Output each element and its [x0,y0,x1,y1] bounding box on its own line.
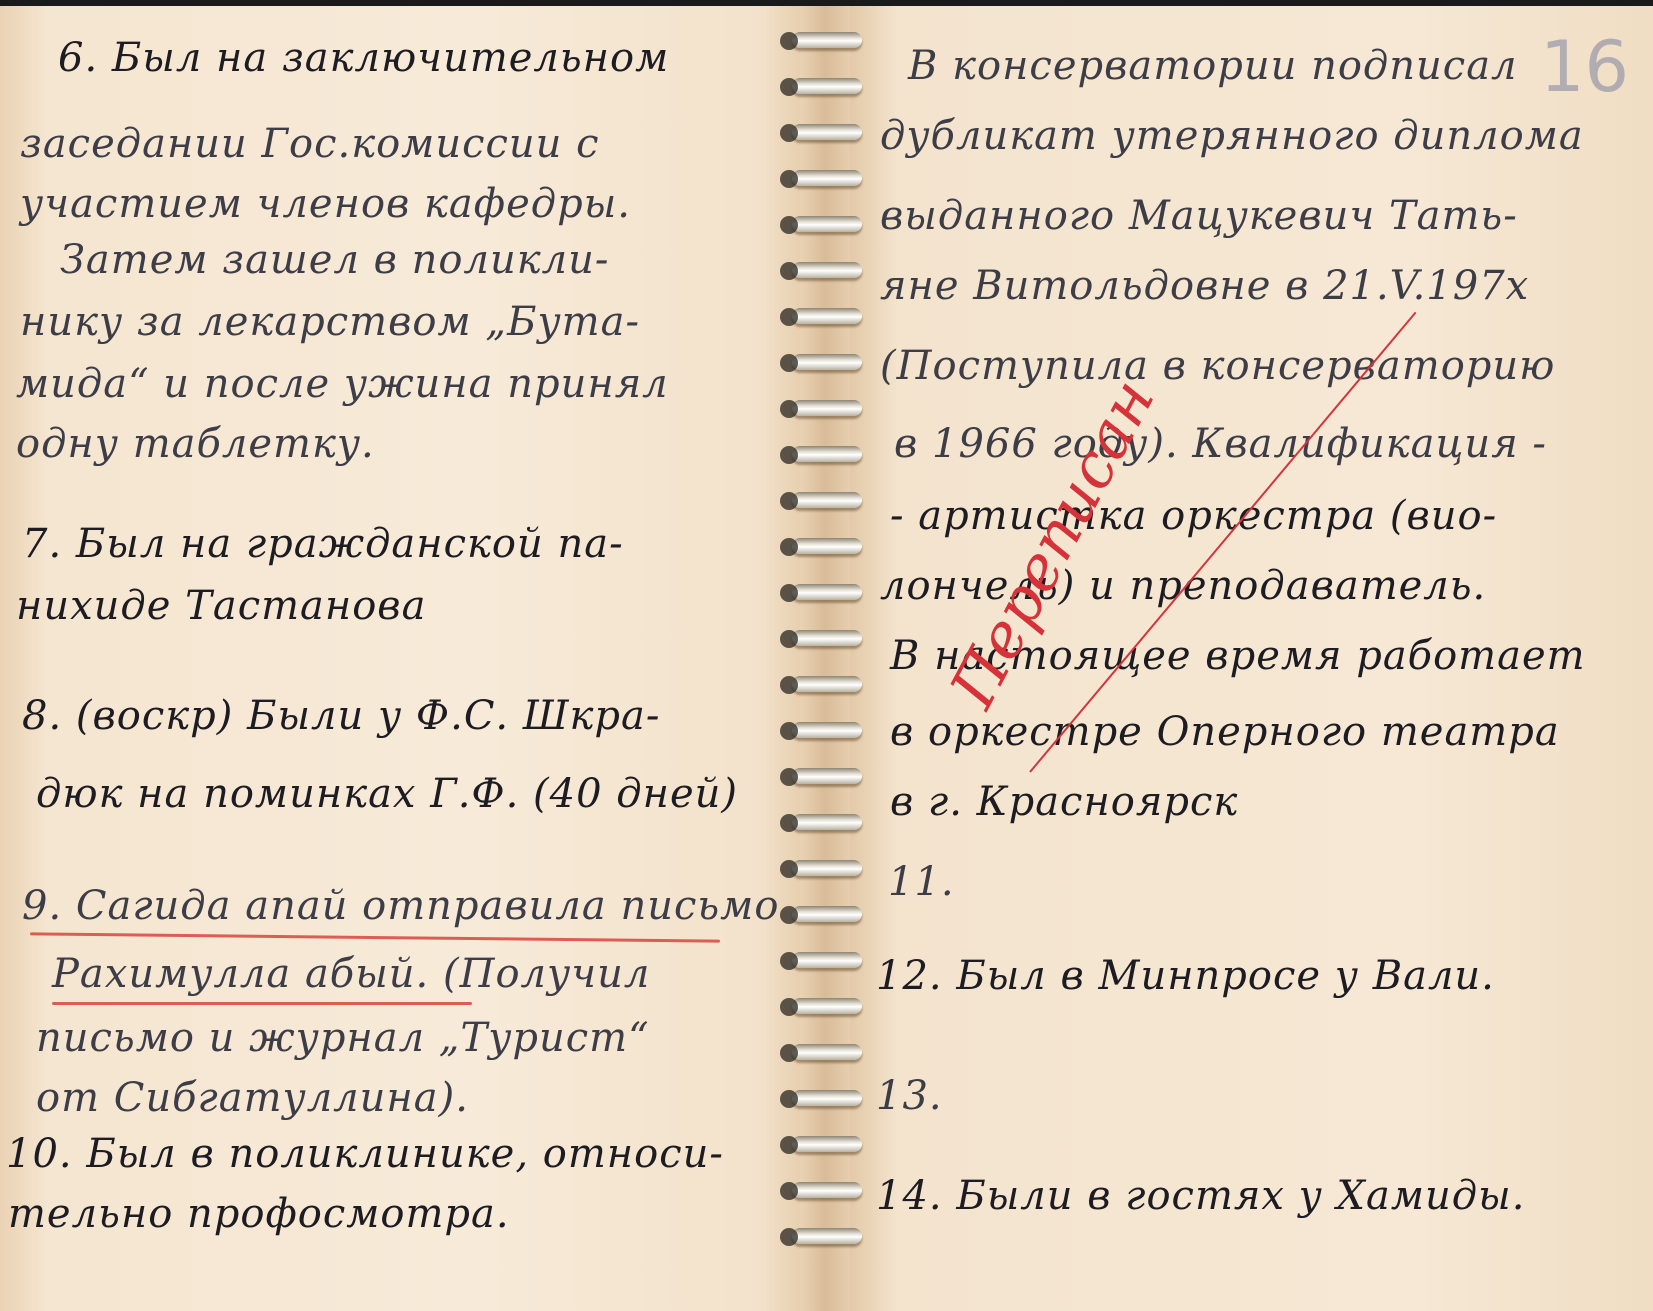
notebook-spread: 6. Был на заключительном заседании Гос.к… [0,6,1653,1311]
spiral-coil-icon [792,860,862,876]
right-line-1: В консерватории подписал [908,46,1518,86]
spiral-coil-icon [792,124,862,140]
red-underline-2 [52,1002,472,1005]
spiral-coil-icon [792,998,862,1014]
spiral-coil-icon [792,722,862,738]
spiral-gutter [800,6,850,1311]
spiral-coil-icon [792,630,862,646]
entry-6-line-7: одну таблетку. [16,424,375,464]
spiral-coil-icon [792,262,862,278]
spiral-coil-icon [792,32,862,48]
spiral-coil-icon [792,216,862,232]
right-line-3: выданного Мацукевич Тать- [880,196,1518,236]
entry-9-line-3: письмо и журнал „Турист“ [36,1018,650,1058]
spiral-coil-icon [792,492,862,508]
spiral-coil-icon [792,400,862,416]
right-page: 16 В консерватории подписал дубликат уте… [850,6,1653,1311]
entry-10-line-2: тельно профосмотра. [8,1194,510,1234]
entry-7-line-2: нихиде Тастанова [16,586,426,626]
spiral-coil-icon [792,308,862,324]
entry-11: 11. [888,862,955,902]
spiral-coil-icon [792,676,862,692]
spiral-coil-icon [792,170,862,186]
spiral-coil-icon [792,1044,862,1060]
entry-6-line-2: заседании Гос.комиссии с [20,124,600,164]
page-number: 16 [1540,26,1629,108]
right-line-6: в 1966 году). Квалификация - [894,424,1547,464]
spiral-coil-icon [792,78,862,94]
spiral-coil-icon [792,446,862,462]
red-underline-1 [30,932,720,942]
spiral-coil-icon [792,584,862,600]
spiral-coil-icon [792,768,862,784]
spiral-coil-icon [792,1228,862,1244]
spiral-coil-icon [792,906,862,922]
entry-13: 13. [876,1076,943,1116]
right-line-5: (Поступила в консерваторию [880,346,1555,386]
entry-14: 14. Были в гостях у Хамиды. [876,1176,1525,1216]
entry-9-line-2: Рахимулла абый. (Получил [52,954,650,994]
entry-8-line-2: дюк на поминках Г.Ф. (40 дней) [36,774,738,814]
entry-10-line-1: 10. Был в поликлинике, относи- [6,1134,724,1174]
spiral-coil-icon [792,952,862,968]
entry-6-line-4: Затем зашел в поликли- [60,240,609,280]
entry-6-line-5: нику за лекарством „Бута- [20,302,640,342]
entry-6-line-3: участием членов кафедры. [20,184,631,224]
right-line-4: яне Витольдовне в 21.V.197x [880,266,1529,306]
left-page: 6. Был на заключительном заседании Гос.к… [0,6,800,1311]
entry-9-line-4: от Сибгатуллина). [36,1078,469,1118]
spiral-coil-icon [792,1182,862,1198]
spiral-coil-icon [792,354,862,370]
spiral-coil-icon [792,1090,862,1106]
entry-12: 12. Был в Минпросе у Вали. [876,956,1495,996]
spiral-coil-icon [792,814,862,830]
right-line-7: - артистка оркестра (вио- [890,496,1497,536]
entry-6-line-6: мида“ и после ужина принял [16,364,669,404]
right-line-11: в г. Красноярск [890,782,1238,822]
right-line-2: дубликат утерянного диплома [880,116,1584,156]
spiral-coil-icon [792,1136,862,1152]
entry-7-line-1: 7. Был на гражданской па- [22,524,624,564]
right-line-10: в оркестре Оперного театра [890,712,1560,752]
entry-6-line-1: 6. Был на заключительном [58,38,669,78]
entry-9-line-1: 9. Сагида апай отправила письмо [22,886,779,926]
spiral-coil-icon [792,538,862,554]
entry-8-line-1: 8. (воскр) Были у Ф.С. Шкра- [22,696,660,736]
